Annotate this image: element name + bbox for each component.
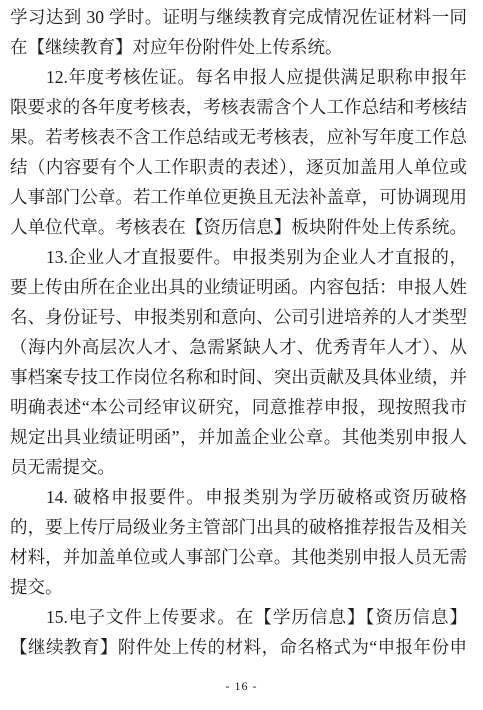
document-body: 学习达到 30 学时。证明与继续教育完成情况佐证材料一同在【继续教育】对应年份附… [10, 2, 467, 662]
text-line: 学习达到 30 学时。证明与继续教育完成情况佐证材料一同 [10, 2, 467, 32]
text-line: 规定出具业绩证明函”，并加盖企业公章。其他类别申报人 [10, 422, 467, 452]
text-line: 事档案专技工作岗位名称和时间、突出贡献及具体业绩，并 [10, 362, 467, 392]
text-line: 名、身份证号、申报类别和意向、公司引进培养的人才类型 [10, 302, 467, 332]
page-number: - 16 - [0, 678, 483, 694]
text-line: 人事部门公章。若工作单位更换且无法补盖章，可协调现用 [10, 182, 467, 212]
text-line: 13.企业人才直报要件。申报类别为企业人才直报的， [10, 242, 467, 272]
text-line: 14. 破格申报要件。申报类别为学历破格或资历破格 [10, 482, 467, 512]
text-line: （海内外高层次人才、急需紧缺人才、优秀青年人才）、从 [10, 332, 467, 362]
text-line: 员无需提交。 [10, 452, 467, 482]
text-line: 人单位代章。考核表在【资历信息】板块附件处上传系统。 [10, 212, 467, 242]
text-line: 要上传由所在企业出具的业绩证明函。内容包括：申报人姓 [10, 272, 467, 302]
text-line: 【继续教育】附件处上传的材料，命名格式为“申报年份申 [10, 632, 467, 662]
text-line: 果。若考核表不含工作总结或无考核表，应补写年度工作总 [10, 122, 467, 152]
text-line: 12.年度考核佐证。每名申报人应提供满足职称申报年 [10, 62, 467, 92]
text-line: 限要求的各年度考核表，考核表需含个人工作总结和考核结 [10, 92, 467, 122]
text-line: 15.电子文件上传要求。在【学历信息】【资历信息】 [10, 602, 467, 632]
document-page: 学习达到 30 学时。证明与继续教育完成情况佐证材料一同在【继续教育】对应年份附… [0, 0, 483, 710]
text-line: 的，要上传厅局级业务主管部门出具的破格推荐报告及相关 [10, 512, 467, 542]
text-line: 在【继续教育】对应年份附件处上传系统。 [10, 32, 467, 62]
text-line: 提交。 [10, 572, 467, 602]
text-line: 明确表述“本公司经审议研究，同意推荐申报，现按照我市 [10, 392, 467, 422]
text-line: 结（内容要有个人工作职责的表述），逐页加盖用人单位或 [10, 152, 467, 182]
text-line: 材料，并加盖单位或人事部门公章。其他类别申报人员无需 [10, 542, 467, 572]
